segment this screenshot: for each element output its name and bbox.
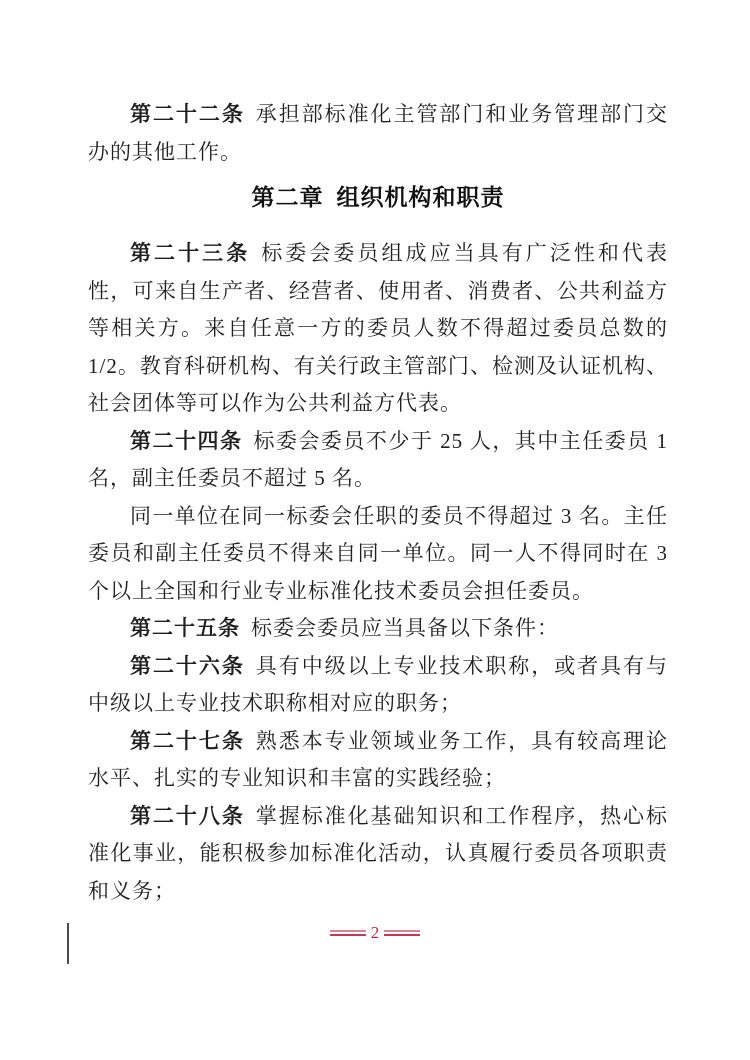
chapter-title: 组织机构和职责 bbox=[337, 184, 505, 210]
article-text: 同一单位在同一标委会任职的委员不得超过 3 名。主任委员和副主任委员不得来自同一… bbox=[88, 504, 668, 603]
article-paragraph: 第二十二条承担部标准化主管部门和业务管理部门交办的其他工作。 bbox=[88, 96, 668, 171]
chapter-heading: 第二章组织机构和职责 bbox=[88, 183, 668, 211]
article-paragraph: 第二十五条标委会委员应当具备以下条件： bbox=[88, 610, 668, 648]
article-text: 标委会委员组成应当具有广泛性和代表性，可来自生产者、经营者、使用者、消费者、公共… bbox=[88, 241, 668, 415]
article-paragraph: 第二十八条掌握标准化基础知识和工作程序，热心标准化事业，能积极参加标准化活动，认… bbox=[88, 798, 668, 911]
article-number: 第二十二条 bbox=[130, 102, 245, 126]
article-paragraph: 第二十三条标委会委员组成应当具有广泛性和代表性，可来自生产者、经营者、使用者、消… bbox=[88, 235, 668, 423]
document-page: 第二十二条承担部标准化主管部门和业务管理部门交办的其他工作。 第二章组织机构和职… bbox=[0, 0, 750, 1060]
page-footer: 2 bbox=[0, 924, 750, 941]
article-paragraph: 第二十七条熟悉本专业领域业务工作，具有较高理论水平、扎实的专业知识和丰富的实践经… bbox=[88, 723, 668, 798]
page-number-dash-right bbox=[384, 930, 420, 936]
article-number: 第二十三条 bbox=[130, 241, 250, 265]
continuation-paragraph: 同一单位在同一标委会任职的委员不得超过 3 名。主任委员和副主任委员不得来自同一… bbox=[88, 498, 668, 611]
page-number-dash-left bbox=[330, 930, 366, 936]
article-number: 第二十五条 bbox=[130, 616, 240, 640]
document-body: 第二十二条承担部标准化主管部门和业务管理部门交办的其他工作。 第二章组织机构和职… bbox=[88, 96, 668, 910]
article-number: 第二十四条 bbox=[130, 429, 242, 453]
article-paragraph: 第二十四条标委会委员不少于 25 人，其中主任委员 1 名，副主任委员不超过 5… bbox=[88, 423, 668, 498]
article-number: 第二十七条 bbox=[130, 729, 245, 753]
page-number: 2 bbox=[371, 924, 380, 941]
article-number: 第二十八条 bbox=[130, 804, 245, 828]
article-number: 第二十六条 bbox=[130, 654, 245, 678]
article-text: 标委会委员应当具备以下条件： bbox=[251, 616, 559, 640]
article-paragraph: 第二十六条具有中级以上专业技术职称，或者具有与中级以上专业技术职称相对应的职务； bbox=[88, 648, 668, 723]
chapter-number: 第二章 bbox=[252, 184, 324, 210]
